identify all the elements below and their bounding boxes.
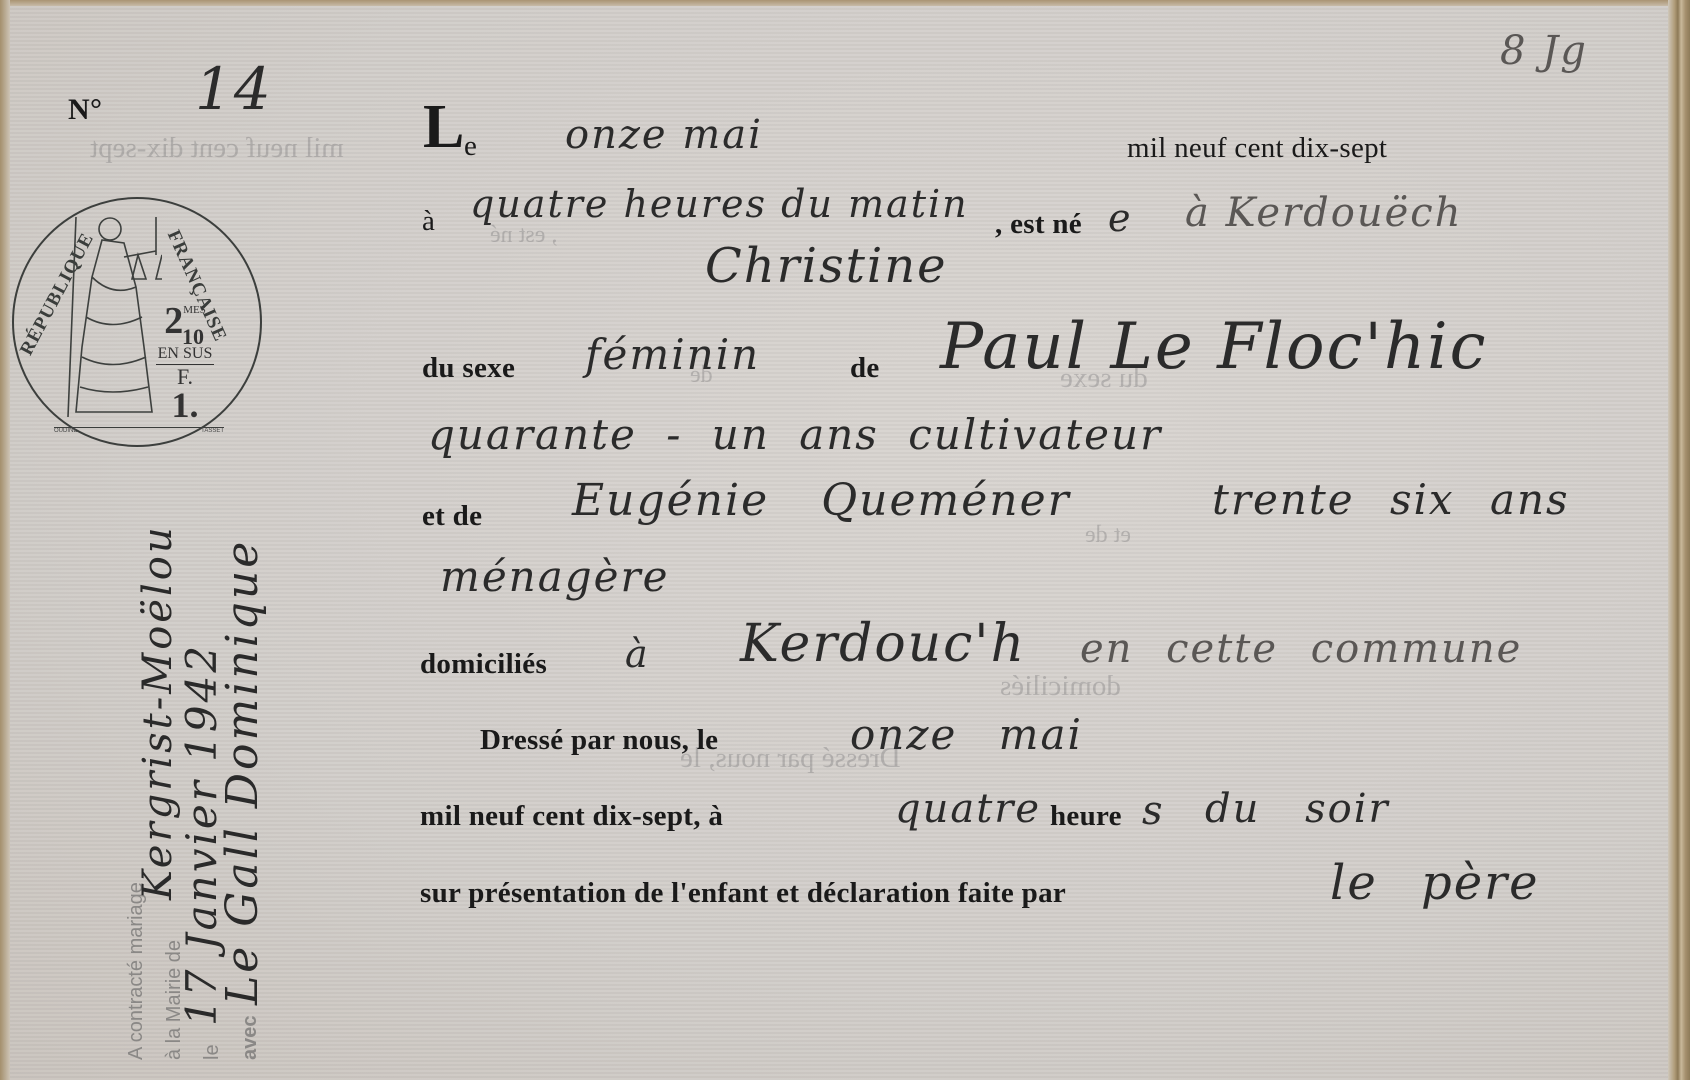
drawn-up-date-field: onze mai xyxy=(850,710,1083,759)
stamp-en-sus: EN SUS xyxy=(156,346,214,365)
printed-domicilies: domiciliés xyxy=(420,648,547,681)
printed-dresse: Dressé par nous, le xyxy=(480,724,718,757)
mother-occupation-field: ménagère xyxy=(440,552,669,601)
drawn-up-period-field: du soir xyxy=(1205,786,1390,832)
margin-spouse-name: Le Gall Dominique xyxy=(217,539,268,1005)
page-edge-top xyxy=(0,0,1690,6)
domicile-a-field: à xyxy=(625,632,650,676)
record-number-value: 14 xyxy=(195,55,273,123)
ghost-text: , est né xyxy=(490,222,557,249)
margin-printed-4: avec xyxy=(239,1016,262,1061)
justice-figure-icon xyxy=(62,207,162,422)
corner-annotation: 8 Jg xyxy=(1500,28,1588,74)
heures-suffix: s xyxy=(1142,788,1165,834)
stamp-engraver-left: OUDINE xyxy=(54,428,77,434)
margin-printed-3: le xyxy=(201,1044,224,1060)
printed-du-sexe: du sexe xyxy=(422,352,515,385)
printed-de: de xyxy=(850,352,880,385)
birth-place-field: à Kerdouëch xyxy=(1185,190,1462,236)
stamp-amount: 1. xyxy=(156,389,214,421)
birth-record-page: mil neuf cent dix-sept , est né du sexe … xyxy=(0,0,1690,1080)
printed-le: e xyxy=(464,130,477,163)
father-details-field: quarante - un ans cultivateur xyxy=(428,410,1162,459)
margin-printed-1: A contracté mariage xyxy=(125,882,148,1060)
printed-heures: heure xyxy=(1050,800,1122,833)
declarant-field: le père xyxy=(1330,855,1540,911)
printed-et-de: et de xyxy=(422,500,482,533)
stamp-engraver-right: TASSET xyxy=(201,428,224,434)
birth-time-field: quatre heures du matin xyxy=(470,182,969,226)
printed-a: à xyxy=(422,205,435,238)
domicile-commune-field: en cette commune xyxy=(1080,626,1522,672)
fiscal-stamp: RÉPUBLIQUE FRANÇAISE 2MES 10 EN SUS F. 1… xyxy=(12,197,262,447)
ghost-text: mil neuf cent dix-sept xyxy=(90,132,344,165)
page-edge-left xyxy=(0,0,10,1080)
ghost-text: domiciliés xyxy=(1000,670,1121,703)
margin-marriage-place: Kergrist-Moëlou xyxy=(135,524,181,900)
stamp-fraction-top: 2 xyxy=(164,300,183,342)
stamp-fraction-sup: MES xyxy=(183,304,206,316)
domicile-place-field: Kerdouc'h xyxy=(740,614,1026,674)
printed-year-at: mil neuf cent dix-sept, à xyxy=(420,800,723,833)
sex-field: féminin xyxy=(585,330,760,379)
birth-date-field: onze mai xyxy=(565,112,763,158)
printed-est-ne: , est né xyxy=(995,208,1082,241)
father-name-field: Paul Le Floc'hic xyxy=(940,310,1487,384)
drop-cap-L: L xyxy=(423,92,465,163)
ghost-text: et de xyxy=(1085,522,1131,549)
drawn-up-time-field: quatre xyxy=(895,786,1041,832)
stamp-value-box: 2MES 10 EN SUS F. 1. xyxy=(156,304,214,421)
binding-edge-right xyxy=(1668,0,1690,1080)
mother-name-field: Eugénie Queméner xyxy=(572,475,1071,526)
record-number-label: N° xyxy=(68,93,102,127)
child-name-field: Christine xyxy=(705,238,948,294)
mother-age-field: trente six ans xyxy=(1212,475,1570,524)
est-ne-suffix: e xyxy=(1108,196,1133,240)
printed-presentation: sur présentation de l'enfant et déclarat… xyxy=(420,877,1066,910)
printed-year: mil neuf cent dix-sept xyxy=(1127,132,1387,165)
stamp-engraver-credits: OUDINE TASSET xyxy=(54,427,224,434)
